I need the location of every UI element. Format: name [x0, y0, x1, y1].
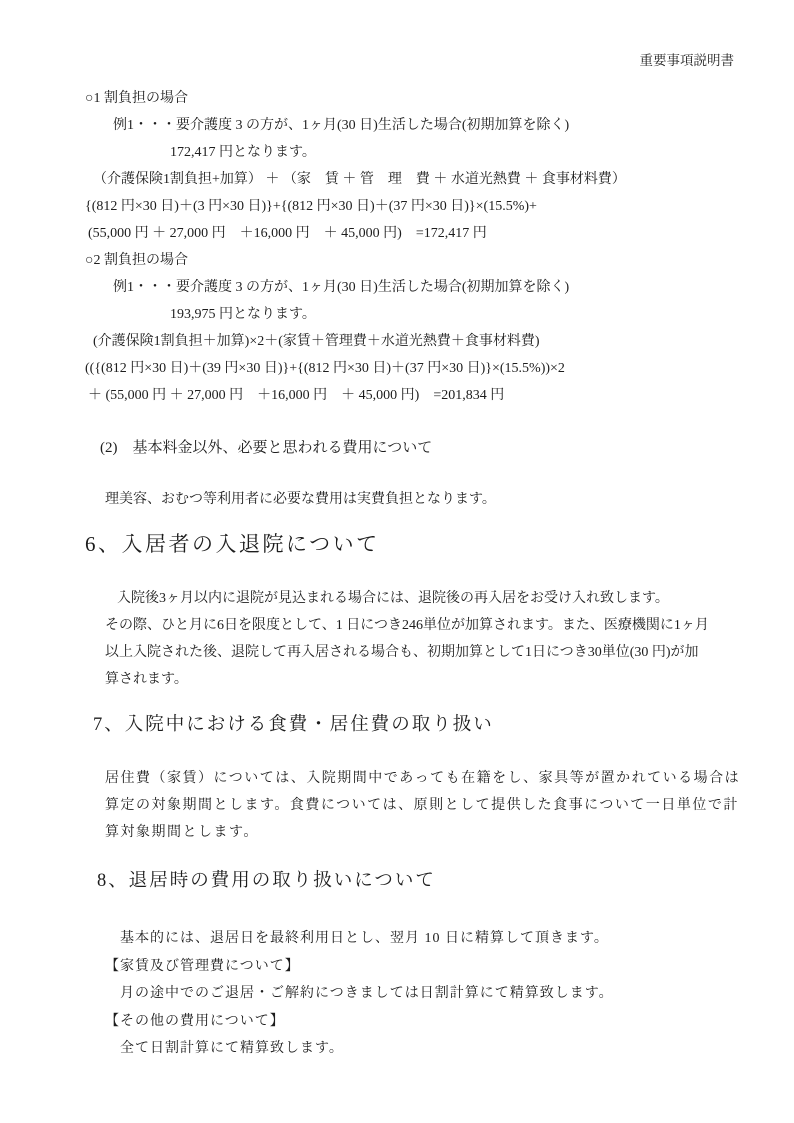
section7-line: 居住費（家賃）については、入院期間中であっても在籍をし、家具等が置かれている場合…	[105, 765, 734, 792]
case2-formula-calc: (({(812 円×30 日)＋(39 円×30 日)}+{(812 円×30 …	[85, 355, 734, 382]
section6-line: 算されます。	[105, 666, 734, 693]
case1-formula-total: (55,000 円 ＋ 27,000 円 ＋16,000 円 ＋ 45,000 …	[88, 220, 734, 247]
case2-example: 例1・・・要介護度 3 の方が、1ヶ月(30 日)生活した場合(初期加算を除く)	[113, 274, 734, 301]
section6-line: その際、ひと月に6日を限度として、1 日につき246単位が加算されます。また、医…	[105, 612, 734, 639]
case2-amount: 193,975 円となります。	[170, 301, 734, 328]
case1-heading: ○1 割負担の場合	[85, 85, 734, 112]
section8-body-line: 全て日割計算にて精算致します。	[120, 1035, 734, 1063]
case2-formula-terms: (介護保険1割負担＋加算)×2＋(家賃＋管理費＋水道光熱費＋食事材料費)	[93, 328, 734, 355]
case1-example: 例1・・・要介護度 3 の方が、1ヶ月(30 日)生活した場合(初期加算を除く)	[113, 112, 734, 139]
section8-heading: 8、退居時の費用の取り扱いについて	[97, 866, 734, 896]
section8-subheading: 【その他の費用について】	[105, 1008, 734, 1036]
case1-formula-calc: {(812 円×30 日)＋(3 円×30 日)}+{(812 円×30 日)＋…	[85, 193, 734, 220]
section7-line: 算定の対象期間とします。食費については、原則として提供した食事について一日単位で…	[105, 792, 734, 819]
document-page: 重要事項説明書 ○1 割負担の場合 例1・・・要介護度 3 の方が、1ヶ月(30…	[0, 0, 794, 1123]
other-costs-heading: (2) 基本料金以外、必要と思われる費用について	[100, 435, 734, 462]
section8-subheading: 【家賃及び管理費について】	[105, 953, 734, 981]
doc-type-label: 重要事項説明書	[85, 52, 734, 70]
section7-heading: 7、入院中における食費・居住費の取り扱い	[93, 710, 734, 740]
section6-line: 以上入院された後、退院して再入居される場合も、初期加算として1日につき30単位(…	[105, 639, 734, 666]
section8-body-line: 基本的には、退居日を最終利用日とし、翌月 10 日に精算して頂きます。	[120, 925, 734, 953]
section6-line: 入院後3ヶ月以内に退院が見込まれる場合には、退院後の再入居をお受け入れ致します。	[117, 585, 734, 612]
case1-formula-terms: （介護保険1割負担+加算） ＋ （家 賃 ＋ 管 理 費 ＋ 水道光熱費 ＋ 食…	[93, 166, 734, 193]
case1-amount: 172,417 円となります。	[170, 139, 734, 166]
other-costs-body: 理美容、おむつ等利用者に必要な費用は実費負担となります。	[105, 486, 734, 513]
case2-heading: ○2 割負担の場合	[85, 247, 734, 274]
section6-heading: 6、入居者の入退院について	[85, 529, 734, 559]
section8-body-line: 月の途中でのご退居・ご解約につきましては日割計算にて精算致します。	[120, 980, 734, 1008]
case2-formula-total: ＋ (55,000 円 ＋ 27,000 円 ＋16,000 円 ＋ 45,00…	[88, 382, 734, 409]
section7-line: 算対象期間とします。	[105, 819, 734, 846]
